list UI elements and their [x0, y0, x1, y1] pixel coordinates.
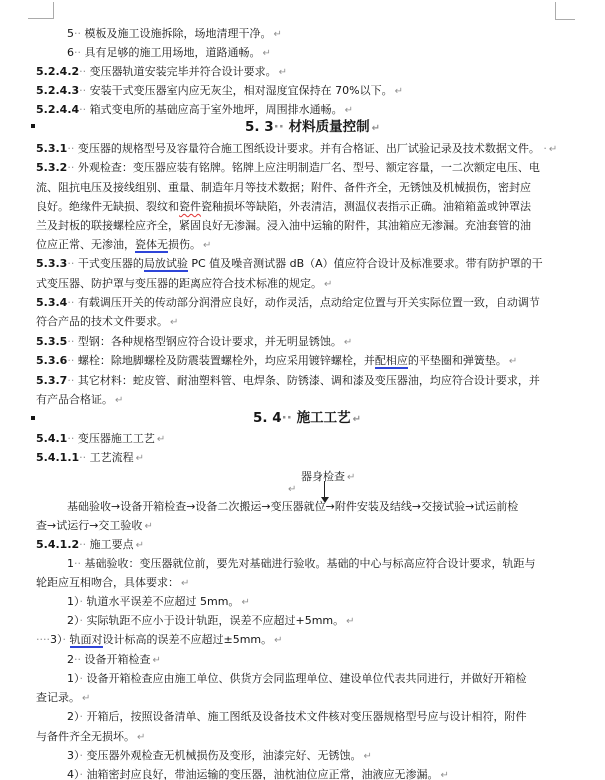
- space-mark-icon: ·: [80, 710, 87, 723]
- section-number: 5.3.3: [36, 257, 67, 270]
- text-segment: 基础验收→设备开箱检查→设备二次搬运→变压器就位→附件安装及结线→交接试验→试运…: [67, 500, 518, 513]
- doc-line[interactable]: 查记录。↵: [36, 688, 90, 707]
- text-segment: 流、阻抗电压及接线组别、重量、制造年月等技术数据；附件、备件齐全，无锈蚀及机械损…: [36, 181, 531, 194]
- text-segment: 式变压器、防护罩与变压器的距离应符合技术标准的规定。: [36, 277, 322, 290]
- section-number: 5. 4: [253, 410, 282, 426]
- grammar-flagged-text: 轨面对: [70, 633, 103, 648]
- doc-line[interactable]: 5.2.4.3·· 安装干式变压器室内应无灰尘，相对湿度宜保持在 70%以下。↵: [36, 81, 403, 100]
- text-segment: 油箱密封应良好，带油运输的变压器，油枕油位应正常，油液应无渗漏。: [87, 768, 439, 780]
- doc-line[interactable]: 有产品合格证。↵: [36, 390, 123, 409]
- grammar-flagged-text: 配相应: [375, 354, 408, 369]
- text-segment: 实际轨距不应小于设计轨距，误差不应超过+5mm。: [87, 614, 345, 627]
- paragraph-mark-icon: ↵: [274, 29, 282, 40]
- section-number: 5.3.7: [36, 374, 67, 387]
- space-mark-icon: ··: [67, 296, 78, 309]
- doc-line[interactable]: 良好。绝缘件无缺损、裂纹和瓷件瓷釉损坏等缺陷，外表清洁，测温仪表指示正确。油箱箱…: [36, 197, 531, 216]
- text-segment: 外观检查：变压器应装有铭牌。铭牌上应注明制造厂名、型号、额定容量，一二次额定电压…: [78, 161, 540, 174]
- text-segment: 设计标高的误差不应超过±5mm。: [103, 633, 273, 646]
- section-number: 5.3.1: [36, 142, 67, 155]
- paragraph-mark-icon: ↵: [115, 395, 123, 406]
- section-number: 5.3.5: [36, 335, 67, 348]
- text-segment: PC 值及噪音测试器 dB（A）值应符合设计及标准要求。带有防护罩的干: [188, 257, 543, 270]
- text-segment: 1: [67, 557, 74, 570]
- paragraph-mark-icon: ↵: [324, 279, 332, 290]
- section-number: 5.2.4.2: [36, 65, 79, 78]
- section-number: 5.4.1: [36, 432, 67, 445]
- paragraph-mark-icon: ↵: [263, 48, 271, 59]
- space-mark-icon: ··: [79, 65, 90, 78]
- doc-line[interactable]: 5.3.4·· 有载调压开关的传动部分润滑应良好，动作灵活，点动给定位置与开关实…: [36, 293, 540, 312]
- text-segment: 2: [67, 653, 74, 666]
- text-segment: 轮距应互相吻合，具体要求：: [36, 576, 179, 589]
- text-segment: 损伤。: [168, 238, 201, 251]
- doc-line[interactable]: 2·· 设备开箱检查↵: [67, 650, 161, 669]
- text-segment: 兰及封板的联接螺栓应齐全，紧固良好无渗漏。浸入油中运输的附件，其油箱应无渗漏。充…: [36, 219, 531, 232]
- space-mark-icon: ·: [80, 749, 87, 762]
- space-mark-icon: ··: [74, 557, 85, 570]
- outline-bullet-icon: [31, 416, 35, 420]
- space-mark-icon: ··: [79, 84, 90, 97]
- space-mark-icon: ··: [67, 257, 78, 270]
- paragraph-mark-icon: ↵: [153, 655, 161, 666]
- doc-line[interactable]: 5.3.7·· 其它材料：蛇皮管、耐油塑料管、电焊条、防锈漆、调和漆及变压器油，…: [36, 371, 540, 390]
- doc-line[interactable]: 流、阻抗电压及接线组别、重量、制造年月等技术数据；附件、备件齐全，无锈蚀及机械损…: [36, 178, 531, 197]
- space-mark-icon: ·: [80, 768, 87, 780]
- text-segment: 有产品合格证。: [36, 393, 113, 406]
- section-number: 5.3.2: [36, 161, 67, 174]
- text-segment: 3）: [50, 633, 63, 646]
- outline-bullet-icon: [31, 124, 35, 128]
- doc-line[interactable]: 5.3.3·· 干式变压器的局放试验 PC 值及噪音测试器 dB（A）值应符合设…: [36, 254, 543, 273]
- doc-line[interactable]: 5.3.2·· 外观检查：变压器应装有铭牌。铭牌上应注明制造厂名、型号、额定容量…: [36, 158, 540, 177]
- space-mark-icon: ··: [67, 335, 78, 348]
- page-corner-mark-left: [28, 2, 54, 19]
- space-mark-icon: ··: [74, 46, 85, 59]
- space-mark-icon: ··: [67, 161, 78, 174]
- section-heading-5-4[interactable]: 5. 4·· 施工工艺↵: [253, 408, 361, 429]
- page-corner-mark-right: [555, 2, 575, 20]
- doc-line[interactable]: 6·· 具有足够的施工用场地，道路通畅。↵: [67, 43, 271, 62]
- paragraph-mark-icon: ↵: [509, 356, 517, 367]
- paragraph-mark-icon: ↵: [549, 144, 557, 155]
- doc-line[interactable]: ····3）· 轨面对设计标高的误差不应超过±5mm。↵: [36, 630, 283, 649]
- space-mark-icon: ··: [79, 538, 90, 551]
- doc-line[interactable]: 5.3.6·· 螺栓：除地脚螺栓及防震装置螺栓外，均应采用镀锌螺栓，并配相应的平…: [36, 351, 517, 370]
- space-mark-icon: ····: [36, 633, 50, 646]
- doc-line[interactable]: 5.3.5·· 型钢：各种规格型钢应符合设计要求，并无明显锈蚀。↵: [36, 332, 352, 351]
- paragraph-mark-icon: ↵: [181, 578, 189, 589]
- paragraph-mark-icon: ↵: [345, 105, 353, 116]
- doc-line[interactable]: 3）· 变压器外观检查无机械损伤及变形，油漆完好、无锈蚀。↵: [67, 746, 372, 765]
- section-number: 5.3.6: [36, 354, 67, 367]
- text-segment: 3）: [67, 749, 80, 762]
- space-mark-icon: ·: [80, 595, 87, 608]
- text-segment: 瓷釉损坏等缺陷，外表清洁，测温仪表指示正确。油箱箱盖或钟罩法: [201, 200, 531, 213]
- text-segment: 模板及施工设施拆除，场地清理干净。: [85, 27, 272, 40]
- text-segment: 2）: [67, 710, 80, 723]
- space-mark-icon: ··: [79, 451, 90, 464]
- text-segment: 变压器外观检查无机械损伤及变形，油漆完好、无锈蚀。: [87, 749, 362, 762]
- space-mark-icon: ··: [67, 432, 78, 445]
- doc-line[interactable]: 5·· 模板及施工设施拆除，场地清理干净。↵: [67, 24, 282, 43]
- paragraph-mark-icon: ↵: [157, 434, 165, 445]
- flow-chart-label[interactable]: 器身检查↵: [301, 467, 355, 486]
- text-segment: 变压器的规格型号及容量符合施工图纸设计要求。并有合格证、出厂试验记录及技术数据文…: [78, 142, 540, 155]
- paragraph-mark-icon: ↵: [279, 67, 287, 78]
- doc-line[interactable]: 1）· 轨道水平误差不应超过 5mm。↵: [67, 592, 250, 611]
- text-segment: 位应正常、无渗油，: [36, 238, 135, 251]
- paragraph-mark-icon: ↵: [372, 123, 380, 134]
- doc-line[interactable]: 与备件齐全无损坏。↵: [36, 727, 145, 746]
- space-mark-icon: ··: [67, 142, 78, 155]
- space-mark-icon: ·: [63, 633, 70, 646]
- paragraph-mark-icon: ↵: [203, 240, 211, 251]
- space-mark-icon: ··: [74, 653, 85, 666]
- doc-line[interactable]: 1·· 基础验收：变压器就位前，要先对基础进行验收。基础的中心与标高应符合设计要…: [67, 554, 536, 573]
- paragraph-mark-icon: ↵: [82, 693, 90, 704]
- space-mark-icon: ··: [79, 103, 90, 116]
- space-mark-icon: ··: [67, 374, 78, 387]
- paragraph-mark-icon: ↵: [344, 337, 352, 348]
- space-mark-icon: ·: [80, 614, 87, 627]
- paragraph-mark-icon: ↵: [144, 521, 152, 532]
- text-segment: 开箱后，按照设备清单、施工图纸及设备技术文件核对变压器规格型号应与设计相符，附件: [87, 710, 527, 723]
- space-mark-icon: ··: [67, 354, 78, 367]
- section-heading-5-3[interactable]: 5. 3·· 材料质量控制↵: [245, 117, 380, 138]
- paragraph-mark-icon: ↵: [137, 732, 145, 743]
- paragraph-mark-icon: ↵: [136, 540, 144, 551]
- doc-line[interactable]: 轮距应互相吻合，具体要求：↵: [36, 573, 189, 592]
- section-number: 施工工艺: [297, 410, 351, 426]
- paragraph-mark-icon: ↵: [274, 635, 282, 646]
- doc-line[interactable]: 符合产品的技术文件要求。↵: [36, 312, 178, 331]
- doc-line[interactable]: 4）· 油箱密封应良好，带油运输的变压器，油枕油位应正常，油液应无渗漏。↵: [67, 765, 449, 780]
- text-segment: 型钢：各种规格型钢应符合设计要求，并无明显锈蚀。: [78, 335, 342, 348]
- paragraph-mark-icon: ↵: [353, 414, 361, 425]
- text-segment: 1）: [67, 595, 80, 608]
- text-segment: 变压器施工工艺: [78, 432, 155, 445]
- text-segment: 有载调压开关的传动部分润滑应良好，动作灵活，点动给定位置与开关实际位置一致，自动…: [78, 296, 540, 309]
- text-segment: 与备件齐全无损坏。: [36, 730, 135, 743]
- text-segment: 箱式变电所的基础应高于室外地坪，周围排水通畅。: [90, 103, 343, 116]
- text-segment: 变压器轨道安装完毕并符合设计要求。: [90, 65, 277, 78]
- paragraph-mark-icon: ↵: [395, 86, 403, 97]
- spellcheck-flagged-text: 瓷件: [179, 200, 201, 213]
- paragraph-mark-icon: ↵: [364, 751, 372, 762]
- text-segment: 5: [67, 27, 74, 40]
- flow-chart-line[interactable]: 查→试运行→交工验收↵: [36, 516, 153, 535]
- text-segment: 设备开箱检查: [85, 653, 151, 666]
- text-segment: 螺栓：除地脚螺栓及防震装置螺栓外，均应采用镀锌螺栓，并: [78, 354, 375, 367]
- text-segment: 安装干式变压器室内应无灰尘，相对湿度宜保持在 70%以下。: [90, 84, 393, 97]
- text-segment: 轨道水平误差不应超过 5mm。: [87, 595, 240, 608]
- text-segment: 查→试运行→交工验收: [36, 519, 142, 532]
- text-segment: 2）: [67, 614, 80, 627]
- space-mark-icon: ··: [274, 119, 289, 135]
- doc-line[interactable]: 5.4.1.1·· 工艺流程↵: [36, 448, 144, 467]
- paragraph-mark-icon: ↵: [136, 453, 144, 464]
- text-segment: 其它材料：蛇皮管、耐油塑料管、电焊条、防锈漆、调和漆及变压器油，均应符合设计要求…: [78, 374, 540, 387]
- text-segment: 干式变压器的: [78, 257, 144, 270]
- doc-line[interactable]: 1）· 设备开箱检查应由施工单位、供货方会同监理单位、建设单位代表共同进行，并做…: [67, 669, 527, 688]
- text-segment: 器身检查: [301, 470, 345, 483]
- paragraph-mark-icon: ↵: [346, 616, 354, 627]
- section-number: 5.4.1.1: [36, 451, 79, 464]
- section-number: 材料质量控制: [289, 119, 370, 135]
- doc-line[interactable]: 5.4.1.2·· 施工要点↵: [36, 535, 144, 554]
- paragraph-mark-icon: ↵: [170, 317, 178, 328]
- section-number: 5.4.1.2: [36, 538, 79, 551]
- text-segment: 工艺流程: [90, 451, 134, 464]
- text-segment: 施工要点: [90, 538, 134, 551]
- section-number: 5.2.4.3: [36, 84, 79, 97]
- doc-line[interactable]: 5.3.1·· 变压器的规格型号及容量符合施工图纸设计要求。并有合格证、出厂试验…: [36, 139, 557, 158]
- grammar-flagged-text: 瓷体无: [135, 238, 168, 253]
- doc-line[interactable]: 式变压器、防护罩与变压器的距离应符合技术标准的规定。↵: [36, 274, 332, 293]
- text-segment: 查记录。: [36, 691, 80, 704]
- flow-chart-line[interactable]: 基础验收→设备开箱检查→设备二次搬运→变压器就位→附件安装及结线→交接试验→试运…: [67, 497, 518, 516]
- doc-line[interactable]: 位应正常、无渗油，瓷体无损伤。↵: [36, 235, 211, 254]
- grammar-flagged-text: 局放试验: [144, 257, 188, 272]
- text-segment: 4）: [67, 768, 80, 780]
- space-mark-icon: ··: [282, 410, 297, 426]
- text-segment: 6: [67, 46, 74, 59]
- paragraph-mark-icon: ↵: [241, 597, 249, 608]
- doc-line[interactable]: 兰及封板的联接螺栓应齐全，紧固良好无渗漏。浸入油中运输的附件，其油箱应无渗漏。充…: [36, 216, 531, 235]
- document-page[interactable]: ↵ 5·· 模板及施工设施拆除，场地清理干净。↵6·· 具有足够的施工用场地，道…: [0, 0, 605, 780]
- paragraph-mark-icon: ↵: [441, 770, 449, 780]
- text-segment: 设备开箱检查应由施工单位、供货方会同监理单位、建设单位代表共同进行，并做好开箱检: [87, 672, 527, 685]
- text-segment: 1）: [67, 672, 80, 685]
- doc-line[interactable]: 5.2.4.2·· 变压器轨道安装完毕并符合设计要求。↵: [36, 62, 287, 81]
- section-number: 5. 3: [245, 119, 274, 135]
- paragraph-mark-icon: ↵: [288, 484, 296, 496]
- text-segment: 符合产品的技术文件要求。: [36, 315, 168, 328]
- paragraph-mark-icon: ↵: [347, 472, 355, 483]
- space-mark-icon: ·: [540, 142, 547, 155]
- doc-line[interactable]: 2）· 开箱后，按照设备清单、施工图纸及设备技术文件核对变压器规格型号应与设计相…: [67, 707, 527, 726]
- space-mark-icon: ·: [80, 672, 87, 685]
- space-mark-icon: ··: [74, 27, 85, 40]
- doc-line[interactable]: 2）· 实际轨距不应小于设计轨距，误差不应超过+5mm。↵: [67, 611, 355, 630]
- text-segment: 具有足够的施工用场地，道路通畅。: [85, 46, 261, 59]
- text-segment: 的平垫圈和弹簧垫。: [408, 354, 507, 367]
- doc-line[interactable]: 5.4.1·· 变压器施工工艺↵: [36, 429, 165, 448]
- section-number: 5.2.4.4: [36, 103, 79, 116]
- section-number: 5.3.4: [36, 296, 67, 309]
- text-segment: 基础验收：变压器就位前，要先对基础进行验收。基础的中心与标高应符合设计要求，轨距…: [85, 557, 536, 570]
- text-segment: 良好。绝缘件无缺损、裂纹和: [36, 200, 179, 213]
